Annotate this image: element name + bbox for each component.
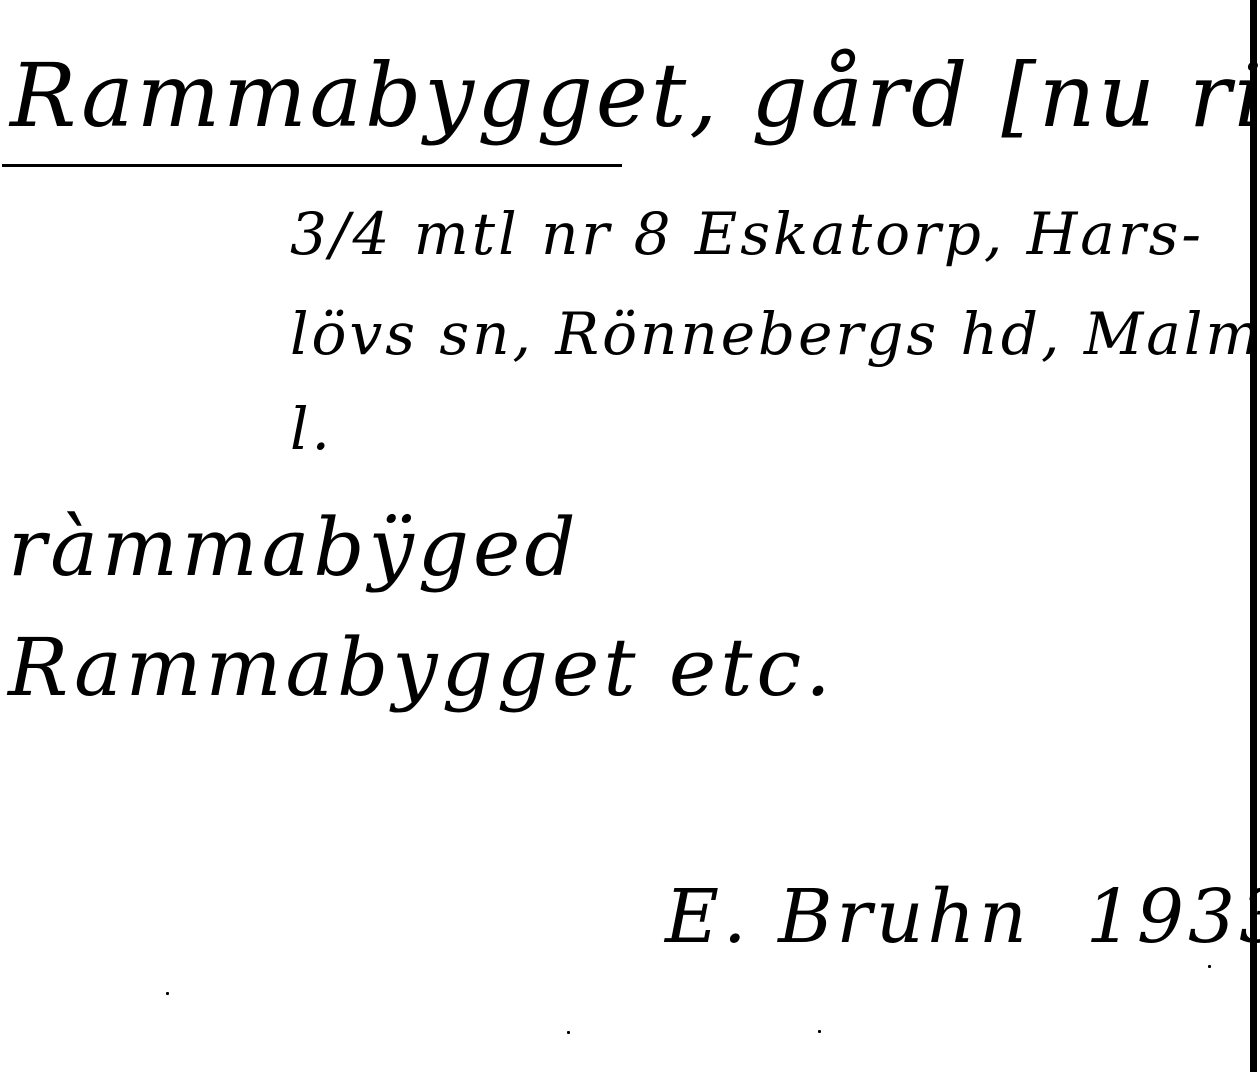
card-right-edge <box>1250 0 1257 1072</box>
scan-speck <box>1208 965 1211 968</box>
headword: Rammabygget <box>10 44 689 147</box>
headword-qualifier: , gård [nu riven] <box>689 44 1260 147</box>
collection-year: 1933 <box>1086 874 1260 960</box>
headword-underline <box>2 164 622 167</box>
scan-speck <box>818 1030 821 1033</box>
archive-card: Rammabygget, gård [nu riven] 3/4 mtl nr … <box>0 0 1260 1072</box>
scan-speck <box>166 992 169 995</box>
description-line-3: l. <box>290 400 333 458</box>
description-line-1: 3/4 mtl nr 8 Eskatorp, Hars- <box>290 205 1204 263</box>
scan-speck <box>567 1031 570 1034</box>
description-line-2: lövs sn, Rönnebergs hd, Malm. <box>290 305 1260 363</box>
collector-name: E. Bruhn <box>665 874 1031 960</box>
pronunciation: ràmmabÿged <box>8 508 580 588</box>
headword-line: Rammabygget, gård [nu riven] <box>10 52 1260 140</box>
signature: E. Bruhn 1933 <box>665 880 1260 954</box>
variant-form: Rammabygget etc. <box>8 628 835 708</box>
